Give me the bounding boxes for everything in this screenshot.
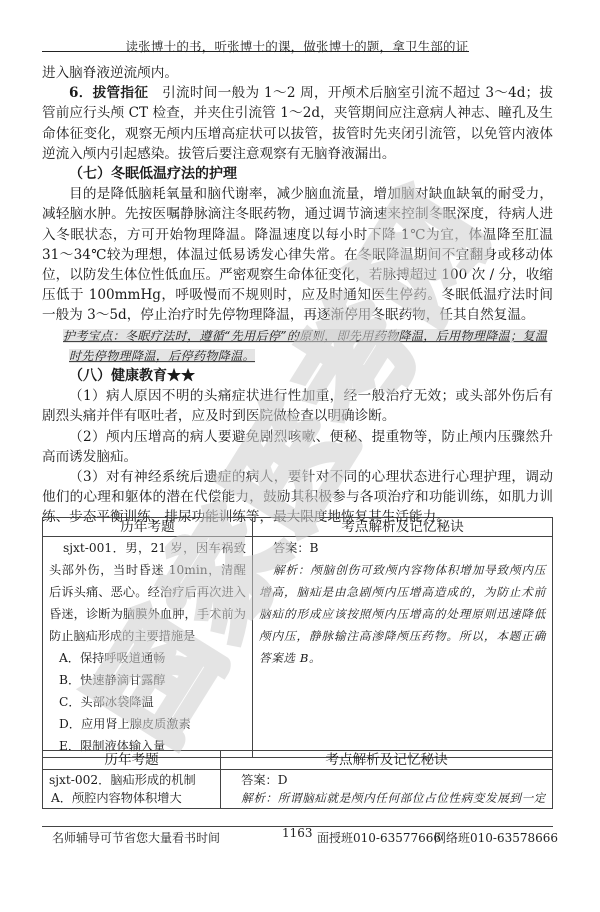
col-header-analysis: 考点解析及记忆秘诀	[253, 518, 553, 537]
question-cell: sjxt-002．脑疝形成的机制 A．颅腔内容物体积增大	[43, 770, 221, 809]
table-row: sjxt-001．男，21 岁，因车祸致头部外伤，当时昏迷 10min，清醒后诉…	[43, 537, 553, 758]
explanation-text: 解析：颅脑创伤可致颅内容物体积增加导致颅内压增高，脑疝是由急剧颅内压增高造成的，…	[259, 559, 546, 669]
exam-question-table-1: 历年考题 考点解析及记忆秘诀 sjxt-001．男，21 岁，因车祸致头部外伤，…	[42, 517, 553, 758]
page-header-slogan: 读张博士的书，听张博士的课，做张博士的题，拿卫生部的证	[42, 37, 552, 55]
col-header-past-questions: 历年考题	[43, 518, 253, 537]
section-8-heading: （八）健康教育★★	[42, 366, 553, 386]
exam-question-table-2: 历年考题 考点解析及记忆秘诀 sjxt-002．脑疝形成的机制 A．颅腔内容物体…	[42, 750, 553, 809]
onsite-class-phone: 面授班010-63577666	[317, 829, 441, 846]
question-cell: sjxt-001．男，21 岁，因车祸致头部外伤，当时昏迷 10min，清醒后诉…	[43, 537, 253, 758]
col-header-analysis: 考点解析及记忆秘诀	[221, 751, 553, 770]
header-rule	[42, 51, 469, 52]
col-header-past-questions: 历年考题	[43, 751, 221, 770]
option-d: D．应用肾上腺皮质激素	[49, 713, 246, 735]
online-class-phone: 网络班010-63578666	[434, 829, 558, 846]
answer-text: 答案：B	[259, 537, 546, 559]
option-c: C．头部冰袋降温	[49, 691, 246, 713]
table-row: sjxt-002．脑疝形成的机制 A．颅腔内容物体积增大 答案：D 解析：所谓脑…	[43, 770, 553, 809]
question-stem: sjxt-001．男，21 岁，因车祸致头部外伤，当时昏迷 10min，清醒后诉…	[49, 537, 246, 647]
footer-tagline: 名师辅导可节省您大量看书时间	[52, 829, 220, 846]
answer-text: 答案：D	[227, 771, 546, 789]
option-a: A．保持呼吸道通畅	[49, 647, 246, 669]
section-7-paragraph: 目的是降低脑耗氧量和脑代谢率，减少脑血流量，增加脑对缺血缺氧的耐受力，减轻脑水肿…	[42, 184, 553, 325]
page-number: 1163	[282, 826, 313, 840]
section-7-heading: （七）冬眠低温疗法的护理	[42, 164, 553, 184]
main-content: 进入脑脊液逆流颅内。 6．拔管指征 引流时间一般为 1～2 周，开颅术后脑室引流…	[42, 63, 553, 528]
exam-tip: 护考宝点：冬眠疗法时，遵循“先用后停”的原则，即先用药物降温，后用物理降温；复温…	[42, 326, 553, 366]
health-edu-item-2: （2）颅内压增高的病人要避免剧烈咳嗽、便秘、提重物等，防止颅内压骤然升高而诱发脑…	[42, 427, 553, 467]
question-stem: sjxt-002．脑疝形成的机制	[49, 771, 214, 789]
health-edu-item-1: （1）病人原因不明的头痛症状进行性加重，经一般治疗无效；或头部外伤后有剧烈头痛并…	[42, 386, 553, 426]
table-header-row: 历年考题 考点解析及记忆秘诀	[43, 751, 553, 770]
extubation-paragraph: 6．拔管指征 引流时间一般为 1～2 周，开颅术后脑室引流不超过 3～4d；拔管…	[42, 83, 553, 164]
analysis-cell: 答案：D 解析：所谓脑疝就是颅内任何部位占位性病变发展到一定	[221, 770, 553, 809]
continuation-text: 进入脑脊液逆流颅内。	[42, 63, 553, 83]
exam-tip-text: 护考宝点：冬眠疗法时，遵循“先用后停”的原则，即先用药物降温，后用物理降温；复温…	[63, 329, 547, 363]
analysis-cell: 答案：B 解析：颅脑创伤可致颅内容物体积增加导致颅内压增高，脑疝是由急剧颅内压增…	[253, 537, 553, 758]
table-header-row: 历年考题 考点解析及记忆秘诀	[43, 518, 553, 537]
extubation-heading: 6．拔管指征	[69, 85, 148, 101]
explanation-text: 解析：所谓脑疝就是颅内任何部位占位性病变发展到一定	[227, 789, 546, 807]
option-a: A．颅腔内容物体积增大	[49, 789, 214, 807]
option-b: B．快速静滴甘露醇	[49, 669, 246, 691]
